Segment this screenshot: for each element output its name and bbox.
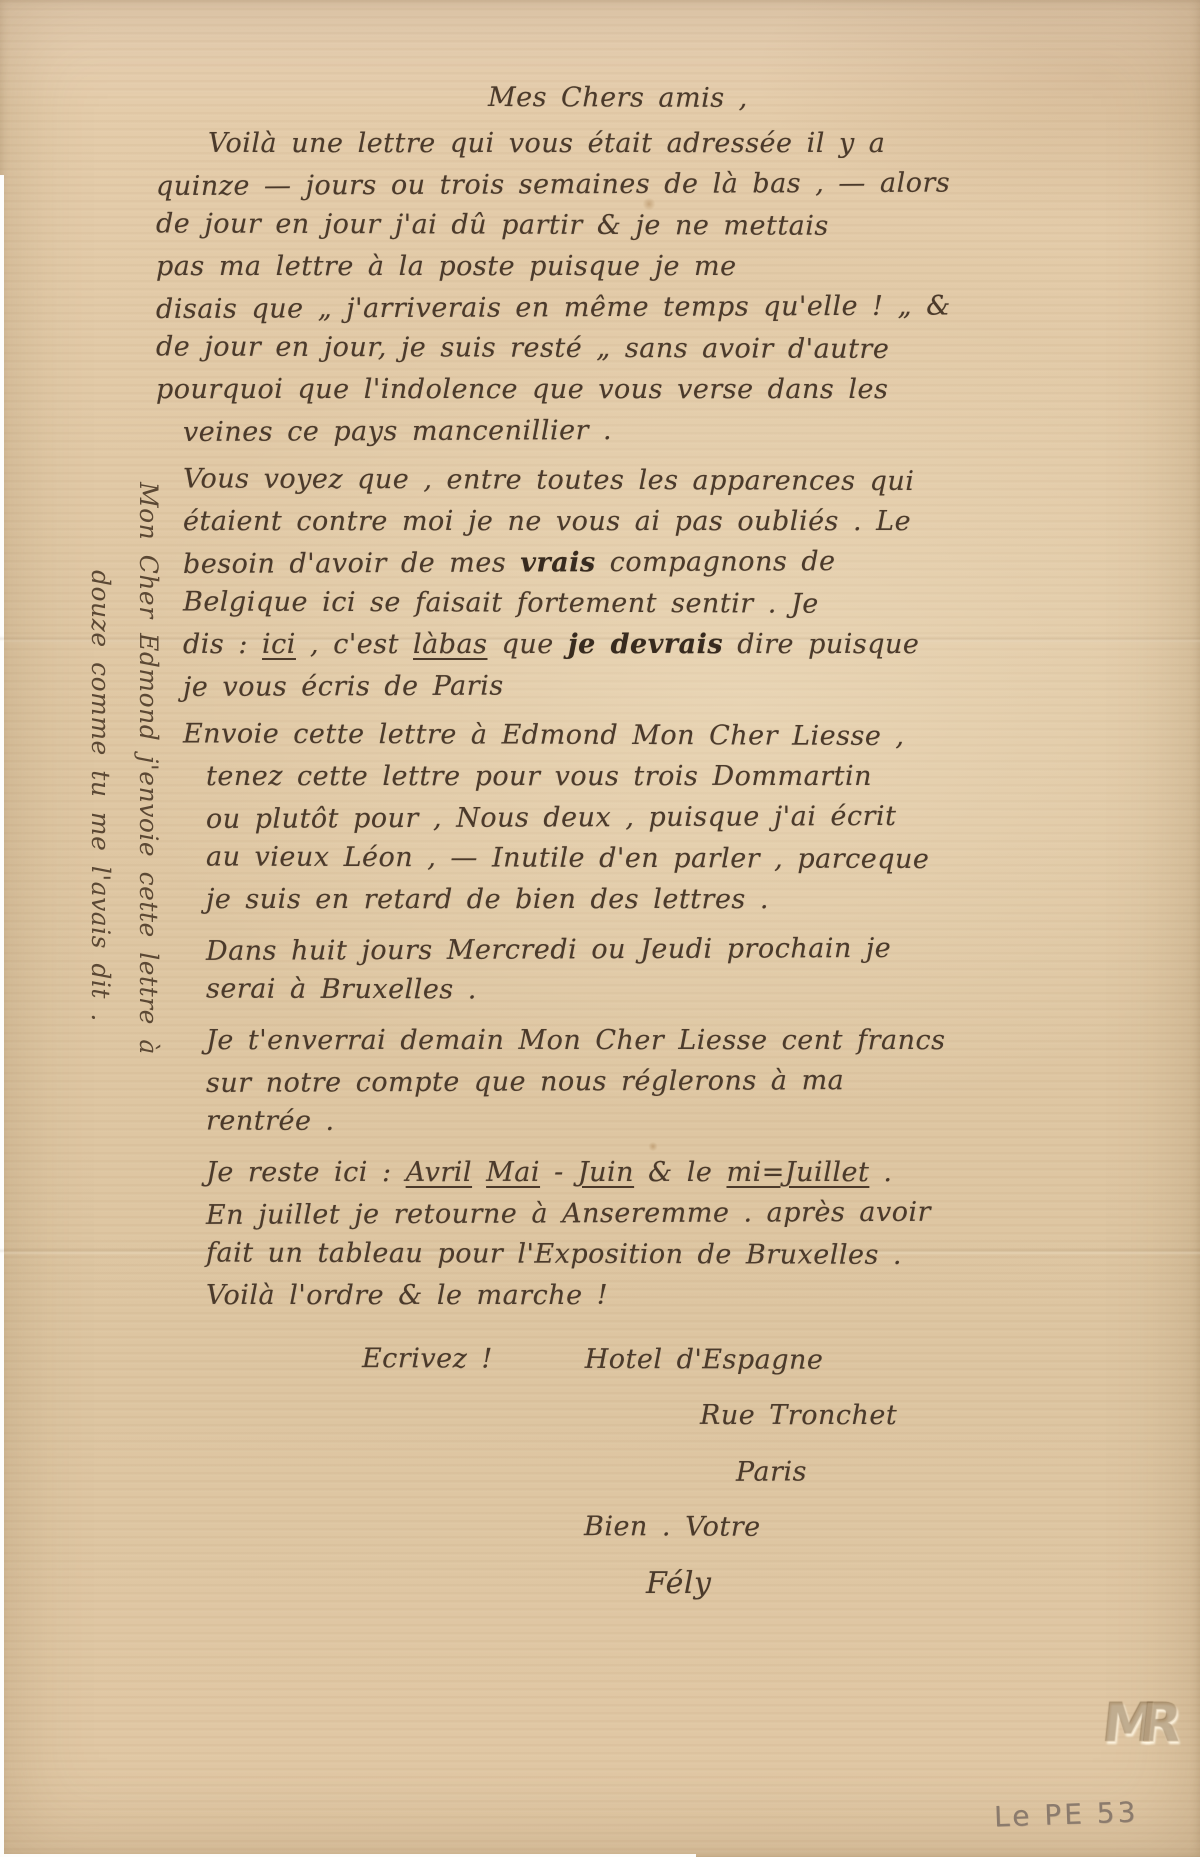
closing-exhortation: Ecrivez ! [362,1331,493,1387]
letter-line: disais que „ j'arriverais en même temps … [156,285,1078,330]
scanned-letter-page: Mes Chers amis , Voilà une lettre qui vo… [0,0,1200,1857]
embossed-monogram: MR [1099,1692,1169,1755]
emphasized-word: vrais [520,547,596,578]
letter-line: je vous écris de Paris [183,663,1078,708]
letter-line: au vieux Léon , — Inutile d'en parler , … [206,836,1078,880]
hotel-city: Paris [736,1443,1078,1500]
letter-line: tenez cette lettre pour vous trois Domma… [206,756,1078,797]
underlined-word: mi=Juillet [726,1157,869,1188]
letter-sheet: Mes Chers amis , Voilà une lettre qui vo… [0,0,1200,1857]
underlined-word: Avril [406,1157,472,1188]
signature: Fély [646,1556,1078,1612]
line-segment: besoin d'avoir de mes [183,547,520,579]
letter-line: pourquoi que l'indolence que vous verse … [156,369,1078,410]
line-segment: dis : [183,629,262,660]
letter-line: pas ma lettre à la poste puisque je me [156,246,1078,287]
closing-block: Ecrivez !Hotel d'Espagne Rue Tronchet Pa… [148,1332,1078,1612]
line-segment: Je reste ici : [206,1157,406,1188]
letter-line: Voilà l'ordre & le marche ! [206,1275,1078,1316]
letter-line: En juillet je retourne à Anseremme . apr… [206,1191,1078,1236]
letter-line: Envoie cette lettre à Edmond Mon Cher Li… [183,713,1078,757]
letter-line: veines ce pays mancenillier . [183,408,1078,453]
letter-line: serai à Bruxelles . [206,968,1078,1012]
letter-line: rentrée . [206,1100,1078,1144]
letter-line: ou plutôt pour , Nous deux , puisque j'a… [206,795,1078,840]
pencil-inscription: Le PE 53 [993,1795,1138,1833]
line-segment: & le [634,1157,726,1188]
letter-body: Mes Chers amis , Voilà une lettre qui vo… [148,78,1078,1612]
line-segment: . [869,1157,892,1188]
salutation: Mes Chers amis , [488,77,1078,120]
letter-line: quinze — jours ou trois semaines de là b… [156,162,1078,207]
closing-line: Ecrivez !Hotel d'Espagne [148,1330,1078,1389]
hotel-name: Hotel d'Espagne [585,1332,824,1389]
line-segment [472,1157,486,1188]
margin-note-line: douze comme tu me l'avais dit . [76,570,124,1682]
line-segment: que [488,629,568,660]
letter-line: Belgique ici se faisait fortement sentir… [183,581,1078,625]
underlined-word: ici [262,629,296,660]
letter-line: Vous voyez que , entre toutes les appare… [183,458,1078,502]
underlined-word: Juin [578,1157,634,1188]
letter-line: Dans huit jours Mercredi ou Jeudi procha… [206,927,1078,972]
line-segment: dire puisque [723,629,919,660]
hotel-street: Rue Tronchet [700,1388,1078,1444]
letter-line: sur notre compte que nous réglerons à ma [206,1059,1078,1104]
letter-line: Je t'enverrai demain Mon Cher Liesse cen… [206,1020,1078,1061]
underlined-word: làbas [413,629,487,660]
letter-line: fait un tableau pour l'Exposition de Bru… [206,1232,1078,1276]
letter-line: Je reste ici : Avril Mai - Juin & le mi=… [206,1152,1078,1193]
line-segment: compagnons de [596,546,836,578]
margin-note-line: Mon Cher Edmond j'envoie cette lettre à [124,482,172,1682]
emphasized-word: je devrais [568,629,723,660]
letter-line: Voilà une lettre qui vous était adressée… [208,123,1078,164]
letter-line: dis : ici , c'est làbas que je devrais d… [183,624,1078,665]
letter-line: étaient contre moi je ne vous ai pas oub… [183,501,1078,542]
letter-line: de jour en jour j'ai dû partir & je ne m… [156,203,1078,247]
line-segment: - [540,1157,578,1188]
valediction: Bien . Votre [584,1499,1078,1557]
letter-line: besoin d'avoir de mes vrais compagnons d… [183,540,1078,585]
margin-note: Mon Cher Edmond j'envoie cette lettre à … [76,482,172,1682]
letter-line: je suis en retard de bien des lettres . [206,879,1078,920]
letter-line: de jour en jour, je suis resté „ sans av… [156,326,1078,370]
scan-edge-left [0,175,4,1857]
line-segment: , c'est [296,629,413,660]
underlined-word: Mai [486,1157,540,1188]
